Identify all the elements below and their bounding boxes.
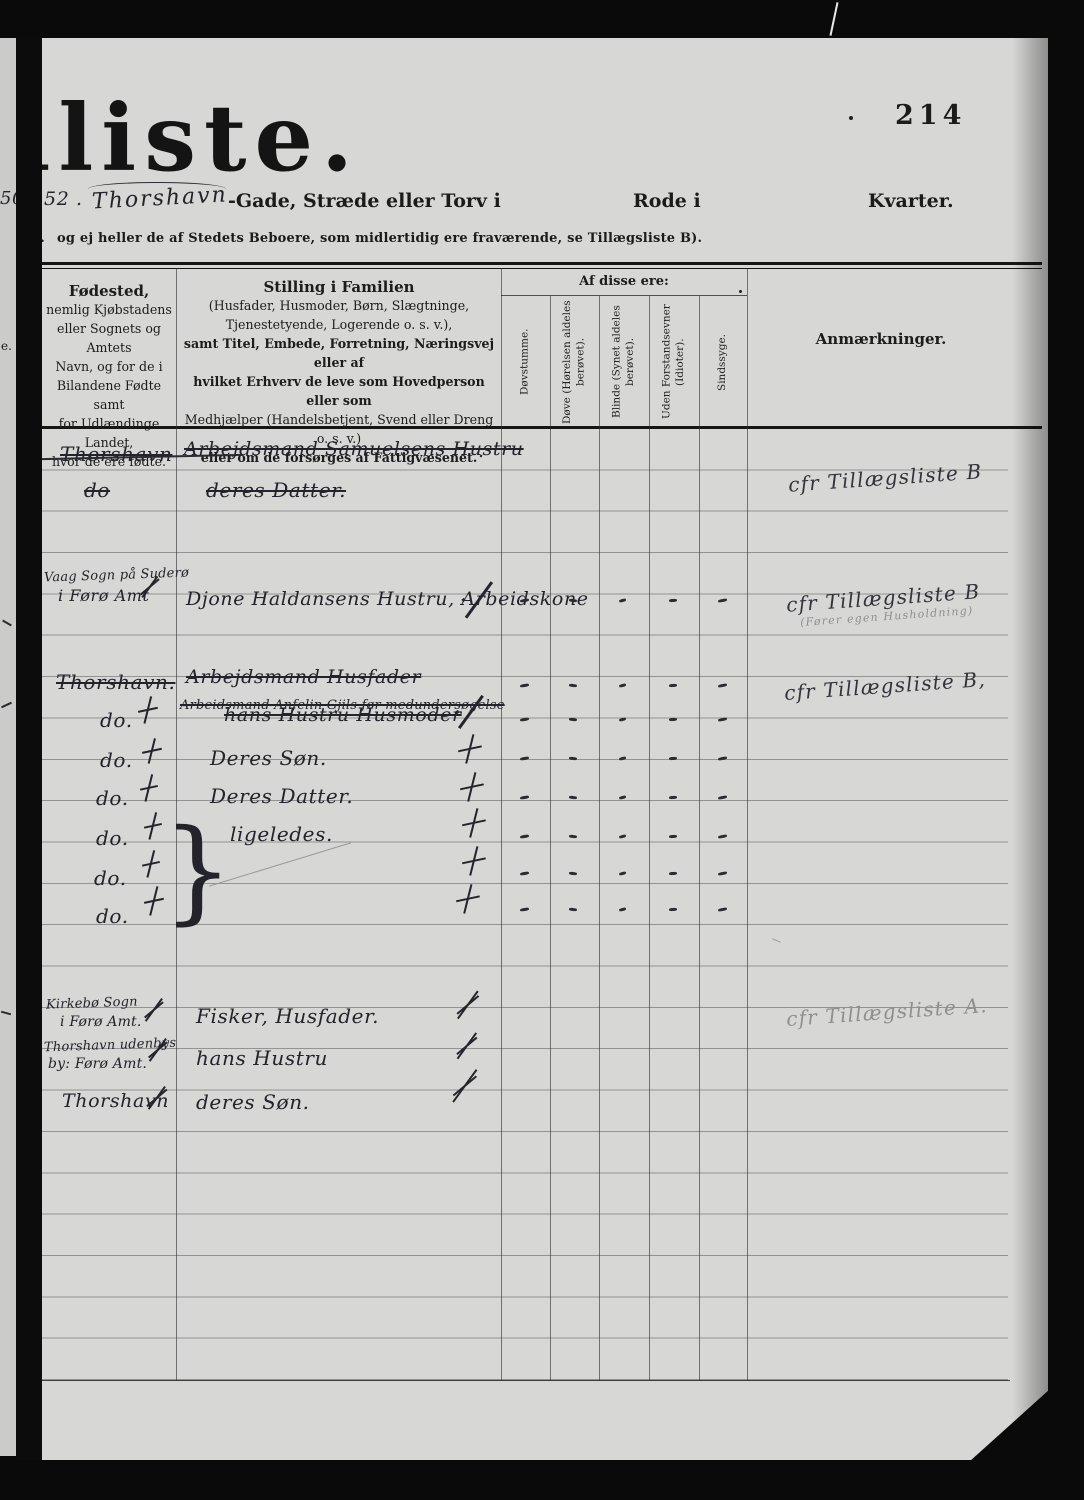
street-number-handwritten: 52 . bbox=[44, 188, 83, 210]
scan-bottom-band bbox=[0, 1460, 1084, 1500]
x-mark bbox=[138, 574, 162, 600]
column-mark-deaf-mute bbox=[454, 988, 482, 1022]
entry-birthplace: do bbox=[84, 478, 110, 502]
divider-position bbox=[501, 268, 502, 1381]
header-col-blind: Blinde (Synet aldeles berøvet). bbox=[599, 300, 649, 424]
nil-marks-row bbox=[0, 908, 1084, 918]
header-line: Tjenestetyende, Logerende o. s. v.), bbox=[178, 315, 500, 334]
entry-birthplace-line2: by: Førø Amt. bbox=[48, 1056, 147, 1072]
header-line: samt Titel, Embede, Forretning, Næringsv… bbox=[178, 334, 500, 372]
ink-speck bbox=[849, 116, 853, 120]
paper-edge-shadow bbox=[1012, 36, 1048, 1460]
street-suffix-label: -Gade, Stræde eller Torv i bbox=[228, 190, 501, 212]
column-mark-deaf-mute bbox=[454, 1030, 480, 1062]
scan-top-band bbox=[0, 0, 1084, 38]
x-mark bbox=[146, 1036, 170, 1064]
page-number: 214 bbox=[895, 100, 966, 131]
header-col-insane: Sindssyge. bbox=[699, 300, 747, 424]
header-group: Af disse ere: bbox=[501, 274, 747, 289]
table-top-border bbox=[42, 262, 1042, 265]
header-col-idiot: Uden Forstandsevner (Idioter). bbox=[649, 300, 699, 424]
entry-birthplace: Thorshavn bbox=[60, 442, 172, 466]
nil-marks-row bbox=[0, 718, 1084, 728]
nil-marks-row bbox=[0, 684, 1084, 694]
entry-role: Fisker, Husfader. bbox=[196, 1004, 379, 1028]
entry-role-suffix: . bbox=[478, 440, 485, 462]
divider-remarks bbox=[747, 268, 748, 1381]
header-line: (Husfader, Husmoder, Børn, Slægtninge, bbox=[178, 296, 500, 315]
rode-label: Rode i bbox=[633, 190, 701, 212]
header-col-deaf: Døve (Hørelsen aldeles berøvet). bbox=[550, 300, 599, 424]
table-top-border-inner bbox=[42, 268, 1042, 269]
entry-birthplace-line1: Kirkebø Sogn bbox=[46, 994, 138, 1012]
header-line: nemlig Kjøbstadens bbox=[44, 300, 174, 319]
header-line: Bilandene Fødte samt bbox=[44, 376, 174, 414]
scan-right-band bbox=[1048, 0, 1084, 1500]
ink-speck bbox=[739, 290, 742, 293]
x-mark bbox=[144, 1084, 170, 1112]
nil-marks-row bbox=[0, 757, 1084, 767]
handwriting-flourish bbox=[88, 182, 226, 189]
form-title-fragment: dliste. bbox=[0, 84, 361, 192]
nil-marks-row bbox=[0, 835, 1084, 845]
nil-marks-row bbox=[0, 872, 1084, 882]
entry-role: Arbejdsmand Samuelsens Hustru bbox=[184, 438, 524, 460]
entry-birthplace-line2: i Førø Amt. bbox=[60, 1014, 142, 1030]
entry-role: hans Hustru bbox=[196, 1046, 328, 1070]
x-mark bbox=[142, 996, 166, 1024]
header-line: Navn, og for de i bbox=[44, 357, 174, 376]
column-mark-deaf-mute bbox=[450, 1066, 480, 1106]
header-remarks: Anmærkninger. bbox=[747, 330, 1015, 348]
header-col-deaf-mute: Døvstumme. bbox=[501, 300, 550, 424]
note-line: og ej heller de af Stedets Beboere, som … bbox=[57, 231, 702, 246]
entry-role: deres Datter. bbox=[206, 478, 346, 502]
column-mark-deaf-mute bbox=[462, 808, 486, 838]
kvarter-label: Kvarter. bbox=[868, 190, 954, 212]
header-birthplace-title: Fødested, bbox=[44, 282, 174, 300]
header-line: eller Sognets og Amtets bbox=[44, 319, 174, 357]
entry-role: deres Søn. bbox=[196, 1090, 310, 1114]
scan-gutter-band bbox=[16, 0, 42, 1500]
nil-marks-row bbox=[0, 796, 1084, 806]
nil-marks-row bbox=[0, 599, 1084, 609]
scanned-census-page: e. 50 dliste. 214 52 . Thorshavn -Gade, … bbox=[0, 0, 1084, 1500]
group-header-underline bbox=[501, 295, 747, 296]
header-line: hvilket Erhverv de leve som Hovedperson … bbox=[178, 372, 500, 410]
header-position-title: Stilling i Familien bbox=[178, 278, 500, 296]
margin-fragment-letter: e. bbox=[1, 339, 12, 353]
